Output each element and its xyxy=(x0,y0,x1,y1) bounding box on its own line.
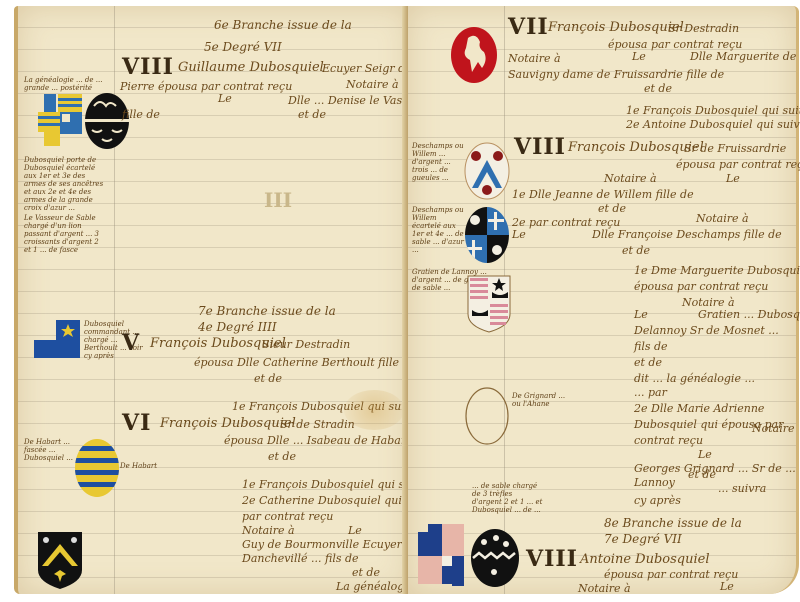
entry-line: Notaire à xyxy=(696,212,749,225)
person-name: François Dubosquiel xyxy=(160,416,296,431)
person-name: Antoine Dubosquiel xyxy=(580,552,710,567)
entry-line: 2e Dlle Marie Adrienne xyxy=(634,402,764,415)
entry-line: Notaire à xyxy=(242,524,295,537)
person-name: François Dubosquiel xyxy=(548,20,684,35)
entry-line: et de xyxy=(352,566,380,579)
degree-heading: 7e Degré VII xyxy=(604,532,682,546)
entry-line: Dlle Françoise Deschamps fille de xyxy=(592,228,782,241)
deschamps-quartered-arms-icon xyxy=(464,206,510,264)
entry-line: Le xyxy=(726,172,740,185)
generation-numeral: VIII xyxy=(514,134,566,160)
entry-line: 1e Dme Marguerite Dubosquiel qui xyxy=(634,264,800,277)
entry-line: Delannoy Sr de Mosnet ... xyxy=(634,324,779,337)
entry-line: Lannoy xyxy=(634,476,675,489)
entry-line: et de xyxy=(268,450,296,463)
margin-note: Deschamps ou Willem ... d'argent ... tro… xyxy=(412,142,464,182)
dubosquiel-quartered-arms-icon xyxy=(38,94,88,150)
branch-heading: 8e Branche issue de la xyxy=(604,516,742,530)
branch-heading: 7e Branche issue de la xyxy=(198,304,336,318)
chevron-eagle-arms-icon xyxy=(38,532,82,590)
generation-numeral: VIII xyxy=(526,546,578,572)
entry-line: et de xyxy=(298,108,326,121)
entry-line: Le xyxy=(634,308,648,321)
margin-note: De Habart xyxy=(120,462,157,470)
entry-line: épousa par contrat reçu xyxy=(676,158,800,171)
margin-note: Deschamps ou Willem écartelé aux 1er et … xyxy=(412,206,464,254)
margin-note: De Habart ... fascée ... Dubosquiel ... xyxy=(24,438,76,462)
degree-heading: 5e Degré VII xyxy=(204,40,282,54)
willem-chevron-arms-icon xyxy=(464,142,510,200)
entry-line: épousa par contrat reçu xyxy=(634,280,768,293)
blue-star-arms-icon xyxy=(34,320,82,360)
entry-line: Danchevillé ... fils de xyxy=(242,552,359,565)
entry-line: 1e Dlle Jeanne de Willem fille de xyxy=(512,188,694,201)
entry-line: fils de xyxy=(634,340,668,353)
grignard-empty-arms-icon xyxy=(464,386,510,446)
entry-line: Notaire à xyxy=(508,52,561,65)
margin-note: Dubosquiel porte de Dubosquiel écartelé … xyxy=(24,156,106,212)
entry-line: cy après xyxy=(634,494,681,507)
entry-line: et de xyxy=(644,82,672,95)
faint-numeral: III xyxy=(264,188,292,212)
entry-line: et de xyxy=(634,356,662,369)
entry-line: et de xyxy=(622,244,650,257)
entry-line: Sr de Stradin xyxy=(280,418,355,431)
dubosquiel-lion-quartered-arms-icon xyxy=(418,524,466,588)
entry-line: Le xyxy=(512,228,526,241)
entry-line: 1e François Dubosquiel qui suit xyxy=(626,104,800,117)
entry-line: ... suivra xyxy=(718,482,766,495)
entry-line: Le xyxy=(720,580,734,593)
entry-line: Sauvigny dame de Fruissardrie fille de xyxy=(508,68,724,81)
entry-line: Dlle Marguerite de xyxy=(690,50,796,63)
de-habart-arms-icon xyxy=(74,438,120,498)
entry-line: Le xyxy=(632,50,646,63)
entry-line: 1e François Dubosquiel qui suit xyxy=(242,478,419,491)
entry-line: Pierre épousa par contrat reçu xyxy=(120,80,292,93)
generation-numeral: VIII xyxy=(122,54,174,80)
red-lion-arms-icon xyxy=(450,26,498,84)
person-name: Guillaume Dubosquiel xyxy=(178,60,324,75)
entry-line: Gratien ... Dubosquiel xyxy=(698,308,800,321)
entry-line: Sr Destradin xyxy=(668,22,739,35)
entry-line: Le xyxy=(218,92,232,105)
generation-numeral: VII xyxy=(508,14,549,40)
entry-line: épousa Dlle Catherine Berthoult fille de xyxy=(194,356,416,369)
entry-line: dit ... la généalogie ... xyxy=(634,372,755,385)
entry-line: 2e Antoine Dubosquiel qui suivra xyxy=(626,118,800,131)
margin-note: Le Vasseur de Sable chargé d'un lion pas… xyxy=(24,214,106,254)
entry-line: Le xyxy=(698,448,712,461)
open-book: La généalogie ... de ... grande ... post… xyxy=(14,6,798,598)
left-page: La généalogie ... de ... grande ... post… xyxy=(14,6,410,594)
entry-line: fille de xyxy=(122,108,160,121)
entry-line: Notaire xyxy=(752,422,795,435)
entry-line: Guy de Bourmonville Ecuyer Sr xyxy=(242,538,418,551)
branch-heading: 6e Branche issue de la xyxy=(214,18,352,32)
trefoil-arms-icon xyxy=(470,528,520,588)
entry-line: Sr de Fruissardrie xyxy=(684,142,786,155)
margin-note: ... de sable chargé de 3 trèfles d'argen… xyxy=(472,482,544,514)
generation-numeral: V xyxy=(122,330,140,356)
entry-line: Notaire à xyxy=(604,172,657,185)
right-page: VII François Dubosquiel Sr Destradin épo… xyxy=(408,6,799,594)
entry-line: et de xyxy=(688,468,716,481)
entry-line: Sieur Destradin xyxy=(262,338,350,351)
degree-heading: 4e Degré IIII xyxy=(198,320,277,334)
entry-line: ... par xyxy=(634,386,667,399)
entry-line: par contrat reçu xyxy=(242,510,333,523)
entry-line: Le xyxy=(348,524,362,537)
le-vasseur-arms-icon xyxy=(84,92,130,150)
generation-numeral: VI xyxy=(122,410,151,436)
entry-line: Notaire à xyxy=(578,582,631,595)
lannoy-shield-arms-icon xyxy=(466,274,512,334)
entry-line: et de xyxy=(598,202,626,215)
margin-note: La généalogie ... de ... grande ... post… xyxy=(24,76,104,92)
entry-line: contrat reçu xyxy=(634,434,703,447)
margin-note: De Grignard ... ou l'Ahane xyxy=(512,392,568,408)
entry-line: Notaire à xyxy=(346,78,399,91)
entry-line: épousa par contrat reçu xyxy=(604,568,738,581)
entry-line: et de xyxy=(254,372,282,385)
